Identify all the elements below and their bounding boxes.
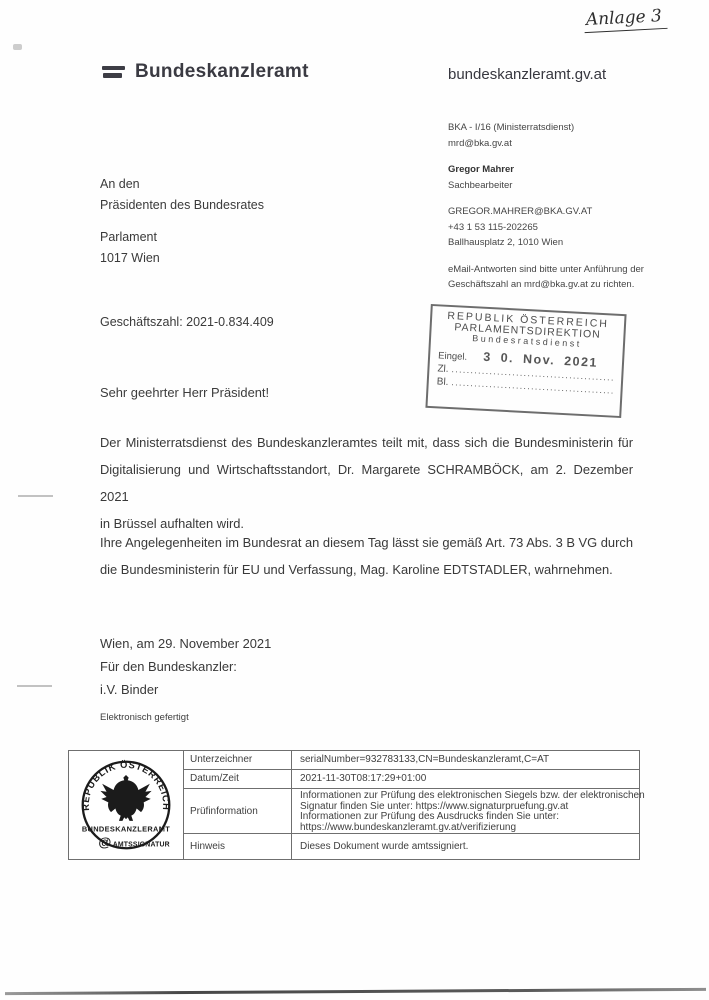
contact-unit: BKA - I/16 (Ministerratsdienst) — [448, 120, 683, 136]
row-value: Dieses Dokument wurde amtssigniert. — [292, 834, 639, 859]
body-line: Der Ministerratsdienst des Bundeskanzler… — [100, 429, 633, 456]
website-url: bundeskanzleramt.gv.at — [448, 66, 606, 83]
stamp-bl-label: Bl. — [436, 376, 448, 388]
recipient-line: Parlament — [100, 227, 264, 248]
contact-block: BKA - I/16 (Ministerratsdienst) mrd@bka.… — [448, 120, 683, 304]
seal-org-text: BUNDESKANZLERAMT — [82, 825, 170, 834]
electronic-signature-note: Elektronisch gefertigt — [100, 712, 189, 723]
recipient-line: 1017 Wien — [100, 248, 264, 269]
reply-note-line1: eMail-Antworten sind bitte unter Anführu… — [448, 262, 683, 278]
row-label: Unterzeichner — [184, 751, 292, 769]
stamp-received-label: Eingel. — [438, 350, 468, 363]
official-seal-icon: REPUBLIK ÖSTERREICH BUNDESKANZLERAMT @ A… — [73, 752, 179, 858]
table-row: Datum/Zeit 2021-11-30T08:17:29+01:00 — [184, 770, 639, 789]
signature-rows: Unterzeichner serialNumber=932783133,CN=… — [184, 751, 639, 859]
table-row: Hinweis Dieses Dokument wurde amtssignie… — [184, 834, 639, 859]
body-paragraph-1: Der Ministerratsdienst des Bundeskanzler… — [100, 429, 633, 537]
amtssignatur-table: REPUBLIK ÖSTERREICH BUNDESKANZLERAMT @ A… — [68, 750, 640, 860]
recipient-address: An den Präsidenten des Bundesrates Parla… — [100, 174, 264, 268]
contact-name: Gregor Mahrer — [448, 162, 683, 178]
table-row: Unterzeichner serialNumber=932783133,CN=… — [184, 751, 639, 770]
row-value-line: Informationen zur Prüfung des elektronis… — [300, 791, 639, 802]
scan-artifact — [18, 495, 53, 497]
scan-artifact — [13, 44, 22, 50]
seal-bottom-text: AMTSSIGNATUR — [113, 842, 170, 849]
contact-role: Sachbearbeiter — [448, 178, 683, 194]
salutation: Sehr geehrter Herr Präsident! — [100, 385, 269, 400]
handwritten-annotation: Anlage 3 — [583, 6, 667, 33]
scan-edge-line — [5, 988, 706, 995]
brand-name: Bundeskanzleramt — [135, 61, 309, 83]
flag-bars-icon — [102, 66, 126, 79]
table-row: Prüfinformation Informationen zur Prüfun… — [184, 789, 639, 834]
scan-artifact — [17, 685, 52, 687]
contact-phone: +43 1 53 115-202265 — [448, 220, 683, 236]
closing-block: Wien, am 29. November 2021 Für den Bunde… — [100, 632, 271, 701]
body-line: Digitalisierung und Wirtschaftsstandort,… — [100, 456, 633, 510]
scanned-letter-page: Anlage 3 Bundeskanzleramt bundeskanzlera… — [0, 0, 709, 1000]
row-value-line: Informationen zur Prüfung des Ausdrucks … — [300, 812, 639, 823]
contact-email: GREGOR.MAHRER@BKA.GV.AT — [448, 204, 683, 220]
contact-unit-email: mrd@bka.gv.at — [448, 136, 683, 152]
body-paragraph-2: Ihre Angelegenheiten im Bundesrat an die… — [100, 529, 633, 583]
closing-signer: i.V. Binder — [100, 678, 271, 701]
closing-on-behalf: Für den Bundeskanzler: — [100, 655, 271, 678]
recipient-line: An den — [100, 174, 264, 195]
contact-address: Ballhausplatz 2, 1010 Wien — [448, 235, 683, 251]
row-label: Prüfinformation — [184, 789, 292, 833]
entry-stamp: REPUBLIK ÖSTERREICH PARLAMENTSDIREKTION … — [425, 304, 626, 418]
row-value: 2021-11-30T08:17:29+01:00 — [292, 770, 639, 788]
row-value: serialNumber=932783133,CN=Bundeskanzlera… — [292, 751, 639, 769]
row-label: Datum/Zeit — [184, 770, 292, 788]
recipient-line: Präsidenten des Bundesrates — [100, 195, 264, 216]
row-value: Informationen zur Prüfung des elektronis… — [292, 789, 639, 833]
reference-number: Geschäftszahl: 2021-0.834.409 — [100, 315, 274, 329]
stamp-zl-label: Zl. — [437, 363, 449, 375]
bka-logo: Bundeskanzleramt — [102, 61, 309, 83]
row-value-line: https://www.bundeskanzleramt.gv.at/verif… — [300, 823, 639, 834]
at-sign-icon: @ — [98, 835, 111, 850]
body-line: die Bundesministerin für EU und Verfassu… — [100, 556, 633, 583]
eagle-icon — [100, 775, 151, 821]
reply-note-line2: Geschäftszahl an mrd@bka.gv.at zu richte… — [448, 277, 683, 293]
body-line: Ihre Angelegenheiten im Bundesrat an die… — [100, 529, 633, 556]
official-seal-cell: REPUBLIK ÖSTERREICH BUNDESKANZLERAMT @ A… — [69, 751, 184, 859]
row-label: Hinweis — [184, 834, 292, 859]
closing-place-date: Wien, am 29. November 2021 — [100, 632, 271, 655]
